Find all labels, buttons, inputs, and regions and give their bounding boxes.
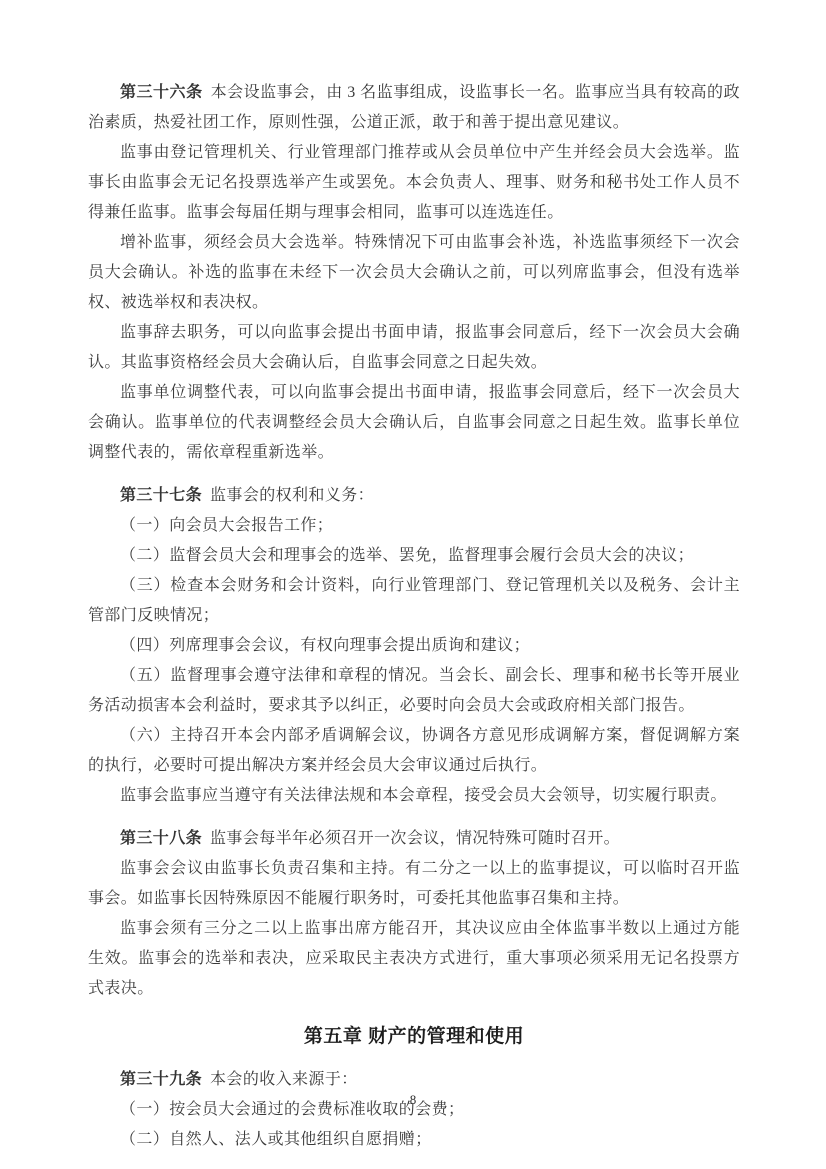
paragraph: （三）检查本会财务和会计资料，向行业管理部门、登记管理机关以及税务、会计主管部门… [88, 571, 740, 631]
paragraph: 第三十七条监事会的权利和义务： [88, 481, 740, 511]
paragraph: 第三十八条监事会每半年必须召开一次会议，情况特殊可随时召开。 [88, 824, 740, 854]
document-page: 第三十六条本会设监事会，由 3 名监事组成，设监事长一名。监事应当具有较高的政治… [0, 0, 826, 1169]
paragraph: （二）自然人、法人或其他组织自愿捐赠； [88, 1125, 740, 1155]
paragraph: （五）监督理事会遵守法律和章程的情况。当会长、副会长、理事和秘书长等开展业务活动… [88, 661, 740, 721]
paragraph: （一）向会员大会报告工作； [88, 511, 740, 541]
paragraph: 增补监事，须经会员大会选举。特殊情况下可由监事会补选，补选监事须经下一次会员大会… [88, 228, 740, 318]
paragraph: 监事辞去职务，可以向监事会提出书面申请，报监事会同意后，经下一次会员大会确认。其… [88, 318, 740, 378]
article-number: 第三十八条 [120, 830, 202, 847]
article-number: 第三十六条 [120, 84, 203, 101]
paragraph: 第三十六条本会设监事会，由 3 名监事组成，设监事长一名。监事应当具有较高的政治… [88, 78, 740, 138]
article-number: 第三十九条 [120, 1071, 202, 1088]
document-body: 第三十六条本会设监事会，由 3 名监事组成，设监事长一名。监事应当具有较高的政治… [0, 0, 826, 1155]
paragraph: 监事由登记管理机关、行业管理部门推荐或从会员单位中产生并经会员大会选举。监事长由… [88, 138, 740, 228]
paragraph: 监事会监事应当遵守有关法律法规和本会章程，接受会员大会领导，切实履行职责。 [88, 781, 740, 811]
paragraph: 监事会须有三分之二以上监事出席方能召开，其决议应由全体监事半数以上通过方能生效。… [88, 914, 740, 1004]
paragraph: （六）主持召开本会内部矛盾调解会议，协调各方意见形成调解方案，督促调解方案的执行… [88, 721, 740, 781]
paragraph: （二）监督会员大会和理事会的选举、罢免，监督理事会履行会员大会的决议； [88, 541, 740, 571]
paragraph: 监事会会议由监事长负责召集和主持。有二分之一以上的监事提议，可以临时召开监事会。… [88, 854, 740, 914]
chapter-heading: 第五章 财产的管理和使用 [88, 1022, 740, 1052]
paragraph: （四）列席理事会会议，有权向理事会提出质询和建议； [88, 631, 740, 661]
article-number: 第三十七条 [120, 487, 202, 504]
page-number: 8 [0, 1091, 826, 1109]
paragraph: 监事单位调整代表，可以向监事会提出书面申请，报监事会同意后，经下一次会员大会确认… [88, 378, 740, 468]
